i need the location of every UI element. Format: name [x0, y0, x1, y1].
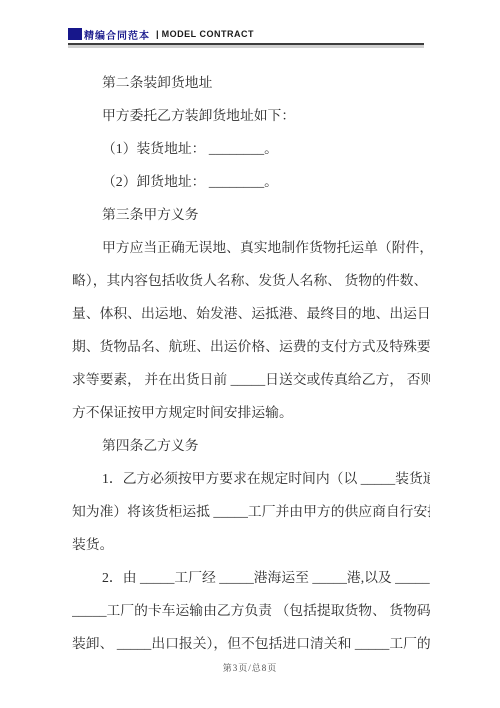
clause-3-text-line: 略），其内容包括收货人名称、发货人名称、 货物的件数、 重: [72, 264, 430, 297]
clause-3-text-line: 求等要素， 并在出货日前 _____日送交或传真给乙方， 否则乙: [72, 363, 430, 396]
brand-subtitle: MODEL CONTRACT: [162, 29, 254, 39]
clause-2-heading: 第二条装卸货地址: [72, 66, 430, 99]
clause-3-text-line: 期、货物品名、航班、出运价格、运费的支付方式及特殊要: [72, 330, 430, 363]
clause-4-item-1-line: 装货。: [72, 528, 430, 561]
loading-address-line: （1）装货地址： ________。: [72, 132, 430, 165]
brand-title: 精编合同范本: [84, 27, 150, 42]
clause-2-intro: 甲方委托乙方装卸货地址如下：: [72, 99, 430, 132]
unloading-address-line: （2）卸货地址： ________。: [72, 165, 430, 198]
contract-body: 第二条装卸货地址 甲方委托乙方装卸货地址如下： （1）装货地址： _______…: [72, 66, 430, 660]
brand-separator: |: [156, 29, 159, 40]
clause-4-item-2-line: 2．由 _____工厂经 _____港海运至 _____港,以及 _____港到: [72, 561, 430, 594]
clause-3-heading: 第三条甲方义务: [72, 198, 430, 231]
page-number: 第3页/总8页: [0, 661, 500, 674]
clause-3-text-line: 量、体积、出运地、始发港、运抵港、最终目的地、出运日: [72, 297, 430, 330]
clause-3-text-line: 方不保证按甲方规定时间安排运输。: [72, 396, 430, 429]
clause-4-item-1-line: 知为准）将该货柜运抵 _____工厂并由甲方的供应商自行安排: [72, 495, 430, 528]
clause-4-item-2-line: 装卸、 _____出口报关），但不包括进口清关和 _____工厂的卸: [72, 627, 430, 660]
clause-3-text-line: 甲方应当正确无误地、真实地制作货物托运单（附件，: [72, 231, 430, 264]
contract-document-page: 精编合同范本 | MODEL CONTRACT 第二条装卸货地址 甲方委托乙方装…: [0, 0, 500, 708]
brand-logo-square-icon: [68, 28, 82, 40]
clause-4-item-2-line: _____工厂的卡车运输由乙方负责 （包括提取货物、 货物码头: [72, 594, 430, 627]
clause-4-item-1-line: 1．乙方必须按甲方要求在规定时间内（以 _____装货通: [72, 462, 430, 495]
page-header: 精编合同范本 | MODEL CONTRACT: [68, 27, 424, 45]
clause-4-heading: 第四条乙方义务: [72, 429, 430, 462]
